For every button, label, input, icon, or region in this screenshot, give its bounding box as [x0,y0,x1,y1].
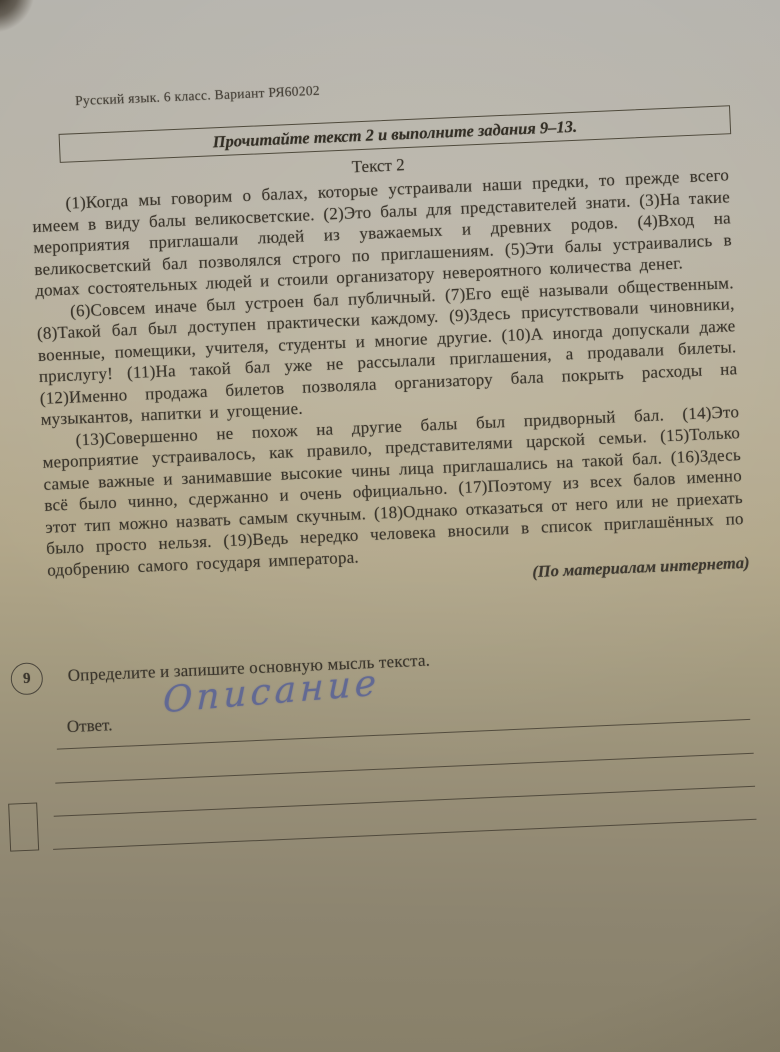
question-number-badge: 9 [10,662,43,695]
answer-line-1 [57,719,750,750]
question-number: 9 [23,671,31,687]
answer-line-2 [55,753,753,784]
answer-label: Ответ. [66,715,112,737]
paragraph-3: (13)Совершенно не похож на другие балы б… [41,401,745,581]
answer-line-3 [54,786,755,817]
photographed-paper: Русский язык. 6 класс. Вариант РЯ60202 П… [0,0,780,1052]
printed-page-content: Русский язык. 6 класс. Вариант РЯ60202 П… [18,43,766,933]
margin-score-box [8,802,39,851]
answer-line-4 [53,819,756,850]
instruction-text: Прочитайте текст 2 и выполните задания 9… [212,117,577,152]
variant-header: Русский язык. 6 класс. Вариант РЯ60202 [75,65,731,109]
reading-text: (1)Когда мы говорим о балах, которые уст… [31,164,745,580]
